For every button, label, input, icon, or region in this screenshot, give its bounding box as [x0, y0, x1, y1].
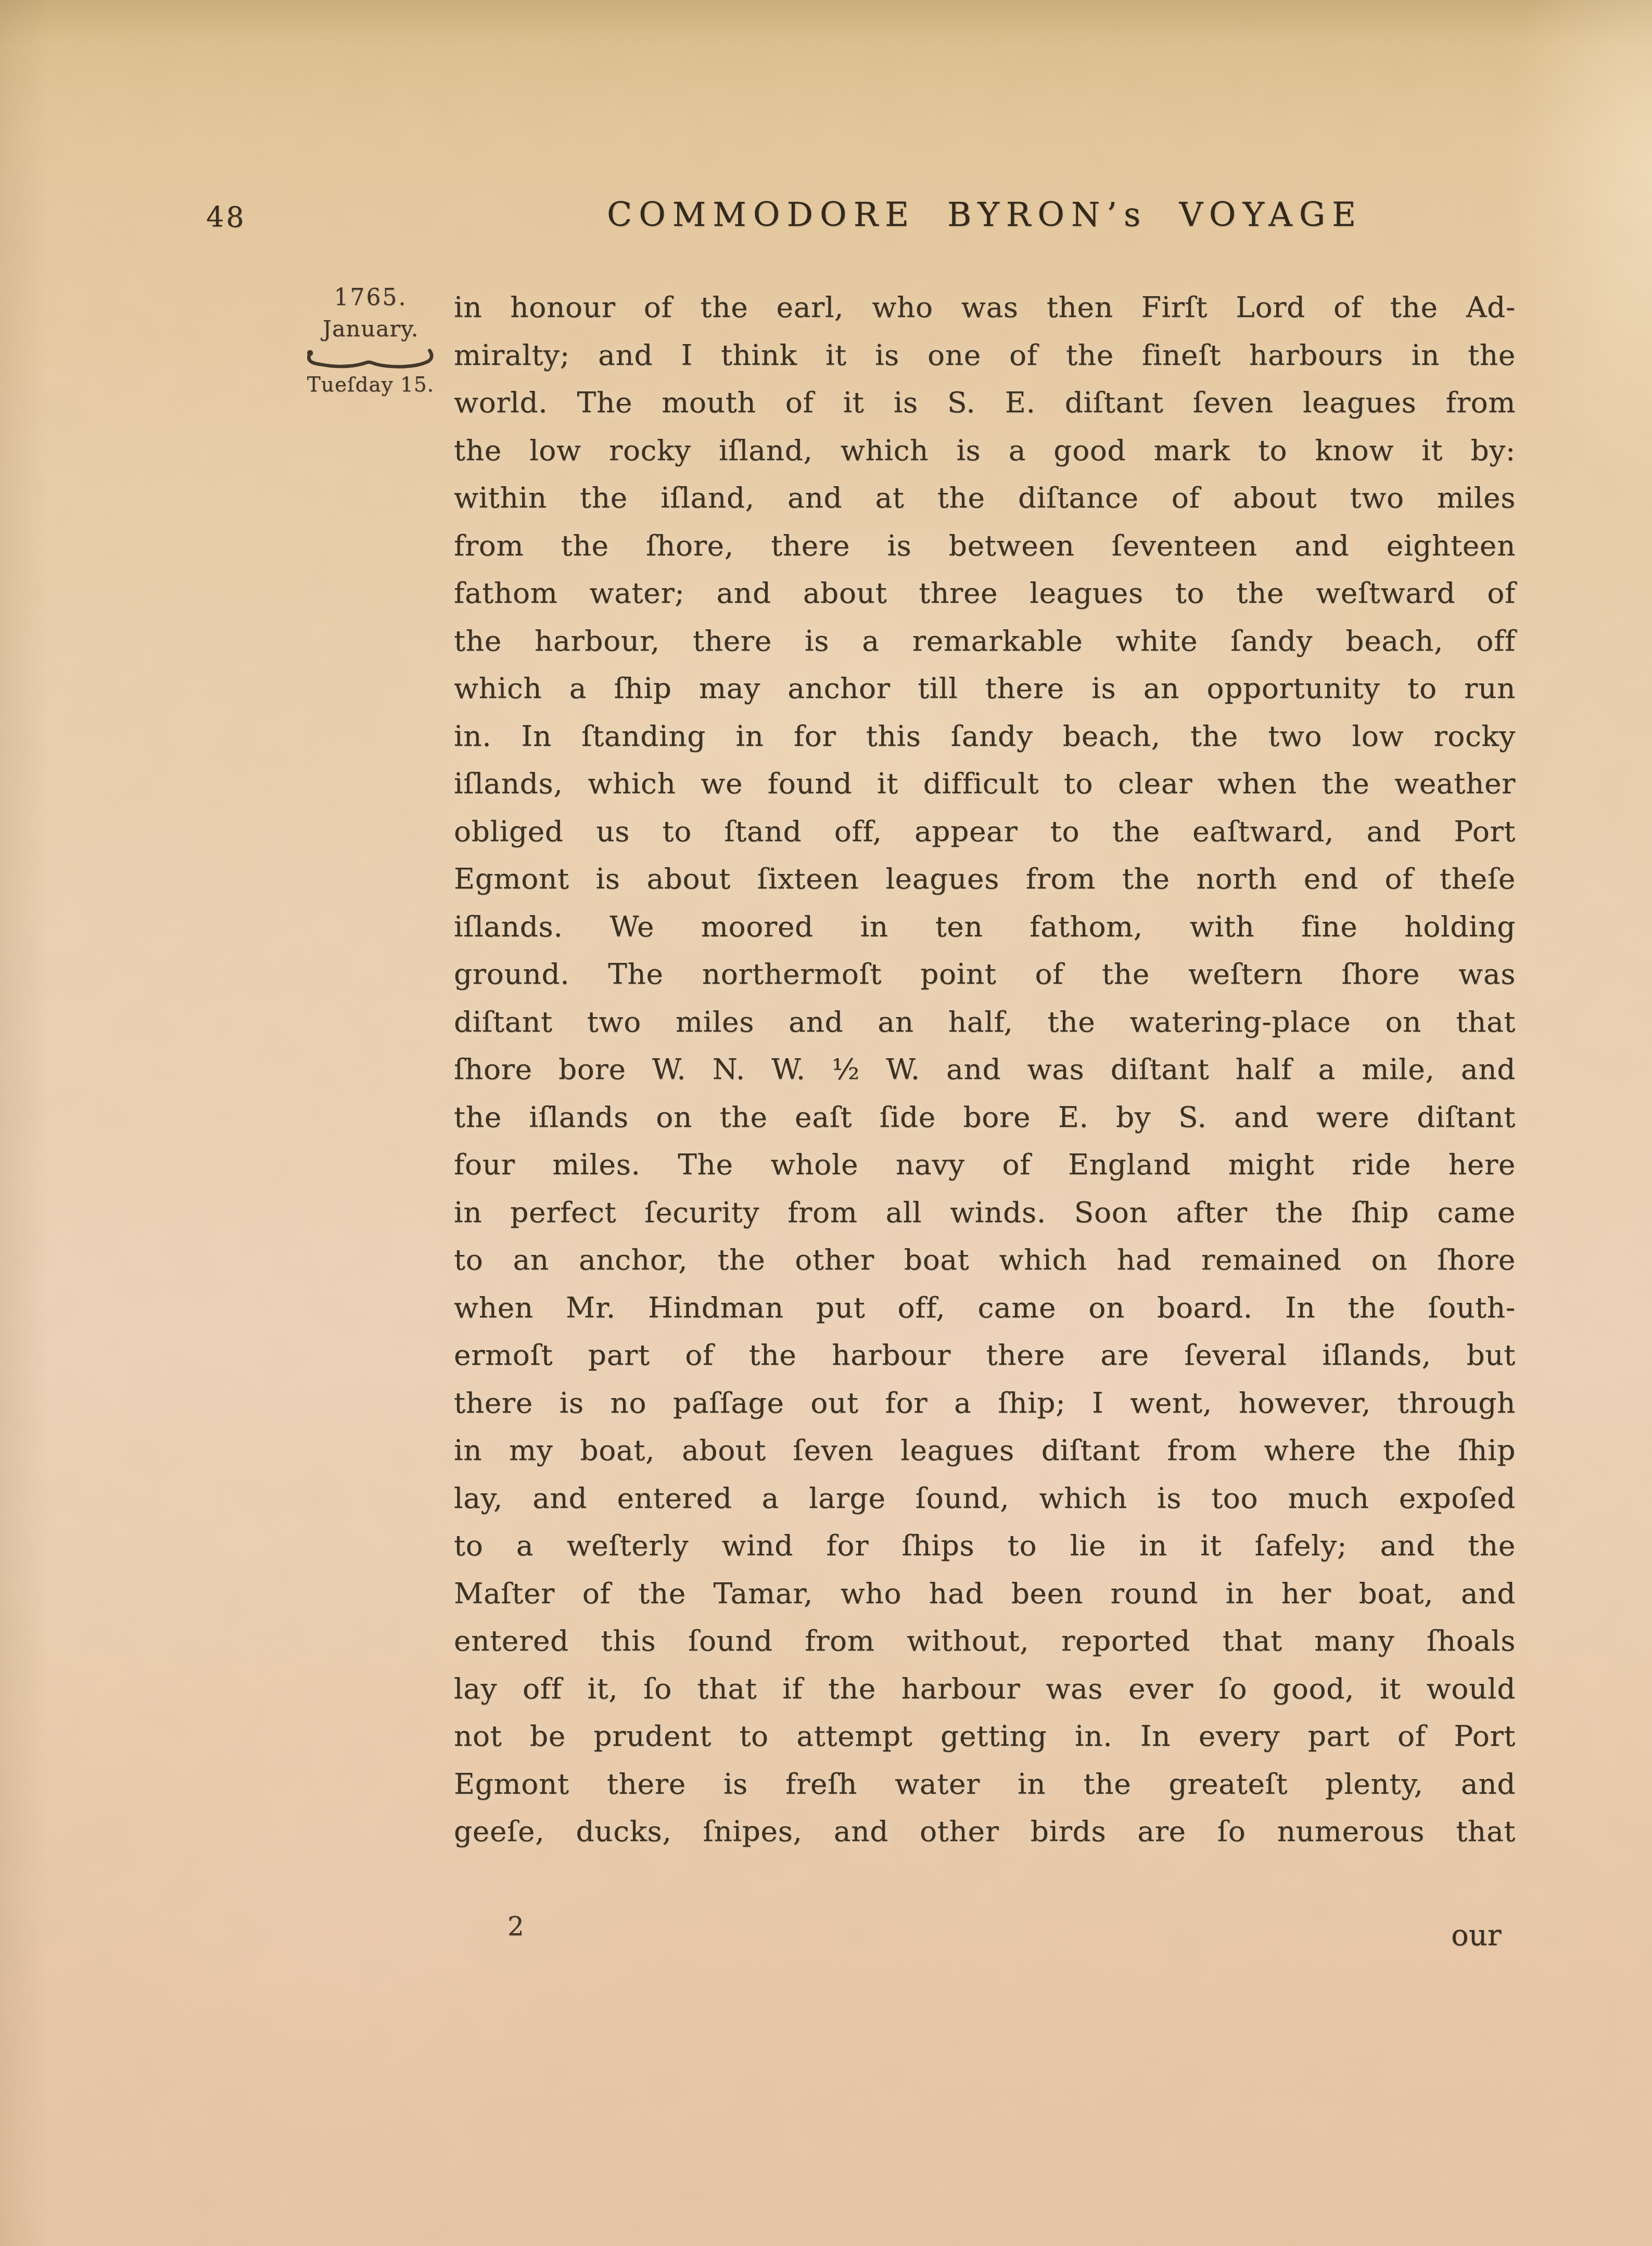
body-line: world. The mouth of it is S. E. diſtant …: [454, 379, 1516, 427]
body-line: within the iſland, and at the diſtance o…: [454, 474, 1516, 522]
brace-icon: [301, 345, 440, 372]
body-line: four miles. The whole navy of England mi…: [454, 1141, 1516, 1189]
margin-day: Tueſday 15.: [289, 373, 452, 397]
body-line: the iſlands on the eaſt ſide bore E. by …: [454, 1094, 1516, 1141]
page-number: 48: [206, 201, 246, 234]
body-line: ground. The northermoſt point of the weſ…: [454, 950, 1516, 998]
body-line: not be prudent to attempt getting in. In…: [454, 1712, 1516, 1760]
body-line: ſhore bore W. N. W. ½ W. and was diſtant…: [454, 1046, 1516, 1094]
catchword: our: [1451, 1919, 1502, 1952]
body-line: when Mr. Hindman put off, came on board.…: [454, 1284, 1516, 1332]
body-line: the low rocky iſland, which is a good ma…: [454, 427, 1516, 475]
body-line: Egmont there is freſh water in the great…: [454, 1760, 1516, 1808]
body-line: to an anchor, the other boat which had r…: [454, 1236, 1516, 1284]
body-text: in honour of the earl, who was then Firſ…: [454, 284, 1516, 1856]
body-line: to a weſterly wind for ſhips to lie in i…: [454, 1522, 1516, 1570]
body-line: iſlands. We moored in ten fathom, with f…: [454, 903, 1516, 951]
running-head: COMMODORE BYRON’s VOYAGE: [607, 196, 1363, 234]
body-line: in honour of the earl, who was then Firſ…: [454, 284, 1516, 332]
book-page-scan: 48 COMMODORE BYRON’s VOYAGE 1765. Januar…: [0, 0, 1652, 2246]
body-line: Maſter of the Tamar, who had been round …: [454, 1570, 1516, 1618]
body-line: iſlands, which we found it difficult to …: [454, 760, 1516, 808]
margin-month: January.: [289, 316, 452, 342]
margin-notes: 1765. January. Tueſday 15.: [289, 284, 452, 397]
body-line: the harbour, there is a remarkable white…: [454, 617, 1516, 665]
body-line: from the ſhore, there is between ſevente…: [454, 522, 1516, 570]
body-line: ermoſt part of the harbour there are ſev…: [454, 1331, 1516, 1379]
body-line: Egmont is about ſixteen leagues from the…: [454, 855, 1516, 903]
body-line: in my boat, about ſeven leagues diſtant …: [454, 1427, 1516, 1475]
body-line: which a ſhip may anchor till there is an…: [454, 665, 1516, 713]
body-line: there is no paſſage out for a ſhip; I we…: [454, 1379, 1516, 1427]
running-head-row: COMMODORE BYRON’s VOYAGE: [454, 196, 1516, 234]
body-line: lay, and entered a large ſound, which is…: [454, 1475, 1516, 1522]
body-line: miralty; and I think it is one of the fi…: [454, 332, 1516, 379]
body-line: in. In ſtanding in for this ſandy beach,…: [454, 713, 1516, 760]
body-line: geeſe, ducks, ſnipes, and other birds ar…: [454, 1808, 1516, 1856]
body-line: entered this ſound from without, reporte…: [454, 1617, 1516, 1665]
signature-mark: 2: [507, 1911, 524, 1942]
body-line: in perfect ſecurity from all winds. Soon…: [454, 1189, 1516, 1237]
body-line: fathom water; and about three leagues to…: [454, 569, 1516, 617]
body-line: diſtant two miles and an half, the water…: [454, 998, 1516, 1046]
margin-year: 1765.: [289, 284, 452, 311]
body-line: obliged us to ſtand off, appear to the e…: [454, 808, 1516, 856]
body-line: lay off it, ſo that if the harbour was e…: [454, 1665, 1516, 1713]
